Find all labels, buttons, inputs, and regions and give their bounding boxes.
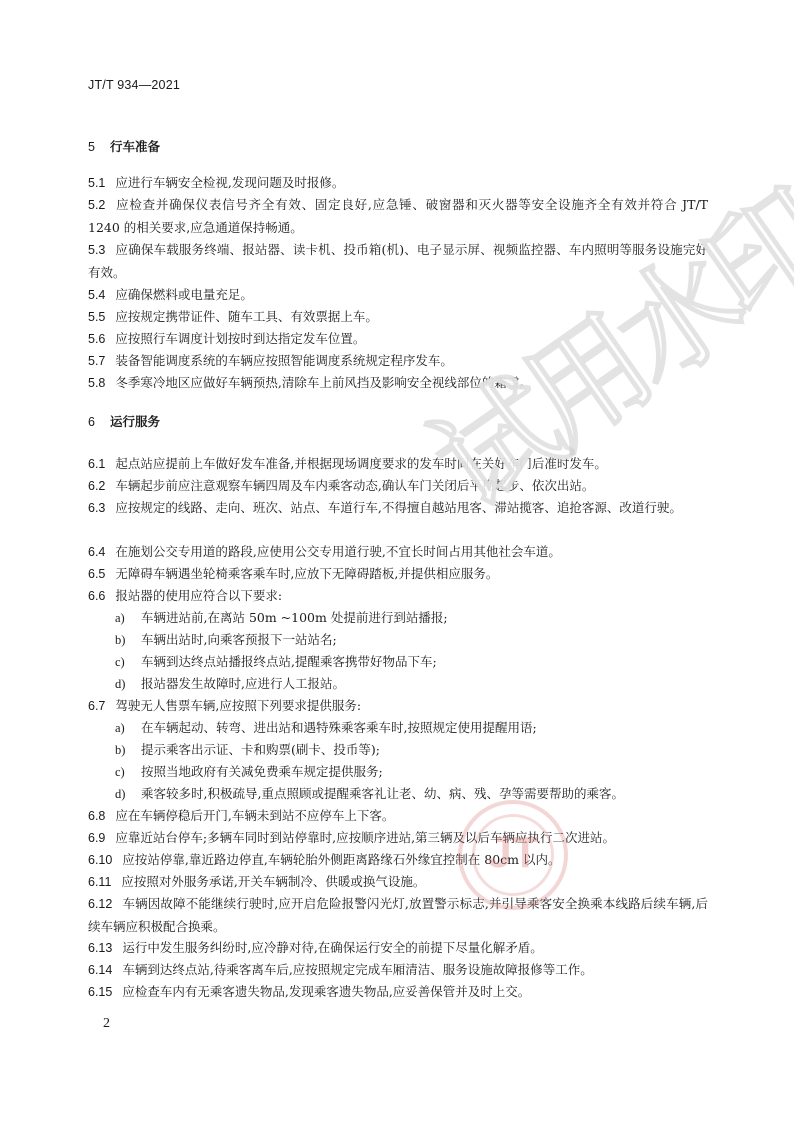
clause-number: 5.1 bbox=[88, 172, 105, 195]
clause-5-3: 5.3应确保车载服务终端、报站器、读卡机、投币箱(机)、电子显示屏、视频监控器、… bbox=[88, 239, 708, 284]
clause-5-7: 5.7装备智能调度系统的车辆应按照智能调度系统规定程序发车。 bbox=[88, 350, 708, 373]
list-item: a)在车辆起动、转弯、进出站和遇特殊乘客乘车时,按照规定使用提醒用语; bbox=[115, 717, 705, 740]
clause-text: 驾驶无人售票车辆,应按照下列要求提供服务: bbox=[115, 698, 361, 713]
clause-number: 6.8 bbox=[88, 805, 105, 828]
list-label: a) bbox=[115, 607, 141, 630]
list-label: d) bbox=[115, 673, 141, 696]
clause-text: 运行中发生服务纠纷时,应冷静对待,在确保运行安全的前提下尽量化解矛盾。 bbox=[122, 940, 542, 955]
list-text: 按照当地政府有关减免费乘车规定提供服务; bbox=[141, 764, 383, 779]
clause-6-7: 6.7驾驶无人售票车辆,应按照下列要求提供服务: bbox=[88, 695, 708, 718]
clause-number: 6.10 bbox=[88, 849, 112, 872]
clause-text: 应按照行车调度计划按时到达指定发车位置。 bbox=[115, 331, 365, 346]
clause-6-1: 6.1起点站应提前上车做好发车准备,并根据现场调度要求的发车时间在关好车门后准时… bbox=[88, 453, 708, 476]
clause-number: 5.7 bbox=[88, 350, 105, 373]
clause-6-4: 6.4在施划公交专用道的路段,应使用公交专用道行驶,不宜长时间占用其他社会车道。 bbox=[88, 541, 708, 564]
clause-text: 应按规定携带证件、随车工具、有效票据上车。 bbox=[115, 309, 378, 324]
list-item: b)车辆出站时,向乘客预报下一站站名; bbox=[115, 629, 705, 652]
list-label: c) bbox=[115, 761, 141, 784]
clause-number: 6.12 bbox=[88, 893, 112, 916]
clause-6-12: 6.12车辆因故障不能继续行驶时,应开启危险报警闪光灯,放置警示标志,并引导乘客… bbox=[88, 893, 708, 938]
list-item: c)按照当地政府有关减免费乘车规定提供服务; bbox=[115, 761, 705, 784]
clause-number: 5.3 bbox=[88, 239, 105, 262]
document-code: JT/T 934—2021 bbox=[88, 78, 180, 92]
clause-5-5: 5.5应按规定携带证件、随车工具、有效票据上车。 bbox=[88, 306, 708, 329]
clause-text: 报站器的使用应符合以下要求: bbox=[115, 588, 282, 603]
clause-5-2: 5.2应检查并确保仪表信号齐全有效、固定良好,应急锤、破窗器和灭火器等安全设施齐… bbox=[88, 194, 708, 239]
section-title: 运行服务 bbox=[110, 414, 160, 429]
section-title: 行车准备 bbox=[110, 139, 160, 154]
clause-number: 6.5 bbox=[88, 563, 105, 586]
clause-text: 应按照对外服务承诺,开关车辆制冷、供暖或换气设施。 bbox=[121, 874, 425, 889]
clause-6-6: 6.6报站器的使用应符合以下要求: bbox=[88, 585, 708, 608]
clause-text: 应确保燃料或电量充足。 bbox=[115, 287, 253, 302]
list-label: b) bbox=[115, 739, 141, 762]
section-5-heading: 5行车准备 bbox=[88, 137, 160, 155]
clause-text: 无障碍车辆遇坐轮椅乘客乘车时,应放下无障碍踏板,并提供相应服务。 bbox=[115, 566, 498, 581]
clause-5-8: 5.8冬季寒冷地区应做好车辆预热,清除车上前风挡及影响安全视线部位的霜雪。 bbox=[88, 372, 708, 395]
clause-text: 应在车辆停稳后开门,车辆未到站不应停车上下客。 bbox=[115, 808, 394, 823]
list-label: d) bbox=[115, 783, 141, 806]
page-number: 2 bbox=[103, 1016, 110, 1032]
list-item: b)提示乘客出示证、卡和购票(刷卡、投币等); bbox=[115, 739, 705, 762]
clause-6-15: 6.15应检查车内有无乘客遗失物品,发现乘客遗失物品,应妥善保管并及时上交。 bbox=[88, 981, 708, 1004]
clause-number: 5.6 bbox=[88, 328, 105, 351]
clause-text: 车辆起步前应注意观察车辆四周及车内乘客动态,确认车门关闭后平稳起步、依次出站。 bbox=[115, 478, 594, 493]
section-6-heading: 6运行服务 bbox=[88, 412, 160, 430]
clause-number: 6.6 bbox=[88, 585, 105, 608]
clause-text: 起点站应提前上车做好发车准备,并根据现场调度要求的发车时间在关好车门后准时发车。 bbox=[115, 456, 606, 471]
list-item: d)乘客较多时,积极疏导,重点照顾或提醒乘客礼让老、幼、病、残、孕等需要帮助的乘… bbox=[115, 783, 705, 806]
clause-6-13: 6.13运行中发生服务纠纷时,应冷静对待,在确保运行安全的前提下尽量化解矛盾。 bbox=[88, 937, 708, 960]
clause-text: 应按站停靠,靠近路边停直,车辆轮胎外侧距离路缘石外缘宜控制在 80cm 以内。 bbox=[122, 852, 560, 867]
list-item: d)报站器发生故障时,应进行人工报站。 bbox=[115, 673, 705, 696]
clause-number: 6.15 bbox=[88, 981, 112, 1004]
clause-number: 6.4 bbox=[88, 541, 105, 564]
clause-text: 装备智能调度系统的车辆应按照智能调度系统规定程序发车。 bbox=[115, 353, 453, 368]
list-text: 提示乘客出示证、卡和购票(刷卡、投币等); bbox=[141, 742, 380, 757]
clause-number: 5.8 bbox=[88, 372, 105, 395]
list-item: a)车辆进站前,在离站 50m ~100m 处提前进行到站播报; bbox=[115, 607, 705, 630]
clause-number: 6.7 bbox=[88, 695, 105, 718]
clause-number: 6.13 bbox=[88, 937, 112, 960]
section-number: 5 bbox=[88, 140, 110, 154]
clause-text: 应检查车内有无乘客遗失物品,发现乘客遗失物品,应妥善保管并及时上交。 bbox=[122, 984, 530, 999]
clause-6-5: 6.5无障碍车辆遇坐轮椅乘客乘车时,应放下无障碍踏板,并提供相应服务。 bbox=[88, 563, 708, 586]
clause-text: 应确保车载服务终端、报站器、读卡机、投币箱(机)、电子显示屏、视频监控器、车内照… bbox=[88, 242, 708, 280]
clause-text: 在施划公交专用道的路段,应使用公交专用道行驶,不宜长时间占用其他社会车道。 bbox=[115, 544, 560, 559]
list-text: 在车辆起动、转弯、进出站和遇特殊乘客乘车时,按照规定使用提醒用语; bbox=[141, 720, 537, 735]
clause-number: 6.3 bbox=[88, 497, 105, 520]
list-text: 车辆到达终点站播报终点站,提醒乘客携带好物品下车; bbox=[141, 654, 437, 669]
clause-number: 5.5 bbox=[88, 306, 105, 329]
clause-text: 应进行车辆安全检视,发现问题及时报修。 bbox=[115, 175, 344, 190]
clause-number: 6.14 bbox=[88, 959, 112, 982]
clause-number: 6.1 bbox=[88, 453, 105, 476]
clause-number: 6.11 bbox=[88, 871, 111, 894]
clause-6-14: 6.14车辆到达终点站,待乘客离车后,应按照规定完成车厢清洁、服务设施故障报修等… bbox=[88, 959, 708, 982]
list-item: c)车辆到达终点站播报终点站,提醒乘客携带好物品下车; bbox=[115, 651, 705, 674]
clause-6-9: 6.9应靠近站台停车;多辆车同时到站停靠时,应按顺序进站,第三辆及以后车辆应执行… bbox=[88, 827, 708, 850]
list-label: b) bbox=[115, 629, 141, 652]
clause-text: 应靠近站台停车;多辆车同时到站停靠时,应按顺序进站,第三辆及以后车辆应执行二次进… bbox=[115, 830, 615, 845]
clause-number: 5.4 bbox=[88, 284, 105, 307]
clause-text: 车辆到达终点站,待乘客离车后,应按照规定完成车厢清洁、服务设施故障报修等工作。 bbox=[122, 962, 592, 977]
clause-5-6: 5.6应按照行车调度计划按时到达指定发车位置。 bbox=[88, 328, 708, 351]
clause-text: 应按规定的线路、走向、班次、站点、车道行车,不得擅自越站甩客、滞站揽客、追抢客源… bbox=[115, 500, 681, 515]
list-text: 车辆进站前,在离站 50m ~100m 处提前进行到站播报; bbox=[141, 610, 448, 625]
clause-text: 冬季寒冷地区应做好车辆预热,清除车上前风挡及影响安全视线部位的霜雪。 bbox=[115, 375, 531, 390]
clause-number: 6.2 bbox=[88, 475, 105, 498]
clause-6-10: 6.10应按站停靠,靠近路边停直,车辆轮胎外侧距离路缘石外缘宜控制在 80cm … bbox=[88, 849, 708, 872]
clause-text: 车辆因故障不能继续行驶时,应开启危险报警闪光灯,放置警示标志,并引导乘客安全换乘… bbox=[88, 896, 708, 934]
clause-text: 应检查并确保仪表信号齐全有效、固定良好,应急锤、破窗器和灭火器等安全设施齐全有效… bbox=[88, 197, 708, 235]
clause-6-8: 6.8应在车辆停稳后开门,车辆未到站不应停车上下客。 bbox=[88, 805, 708, 828]
list-text: 乘客较多时,积极疏导,重点照顾或提醒乘客礼让老、幼、病、残、孕等需要帮助的乘客。 bbox=[141, 786, 624, 801]
list-text: 车辆出站时,向乘客预报下一站站名; bbox=[141, 632, 337, 647]
list-label: a) bbox=[115, 717, 141, 740]
clause-number: 5.2 bbox=[88, 194, 105, 217]
clause-6-11: 6.11应按照对外服务承诺,开关车辆制冷、供暖或换气设施。 bbox=[88, 871, 708, 894]
clause-5-4: 5.4应确保燃料或电量充足。 bbox=[88, 284, 708, 307]
section-number: 6 bbox=[88, 415, 110, 429]
clause-6-3: 6.3应按规定的线路、走向、班次、站点、车道行车,不得擅自越站甩客、滞站揽客、追… bbox=[88, 497, 708, 520]
clause-6-2: 6.2车辆起步前应注意观察车辆四周及车内乘客动态,确认车门关闭后平稳起步、依次出… bbox=[88, 475, 708, 498]
list-text: 报站器发生故障时,应进行人工报站。 bbox=[141, 676, 345, 691]
clause-5-1: 5.1应进行车辆安全检视,发现问题及时报修。 bbox=[88, 172, 708, 195]
list-label: c) bbox=[115, 651, 141, 674]
clause-number: 6.9 bbox=[88, 827, 105, 850]
